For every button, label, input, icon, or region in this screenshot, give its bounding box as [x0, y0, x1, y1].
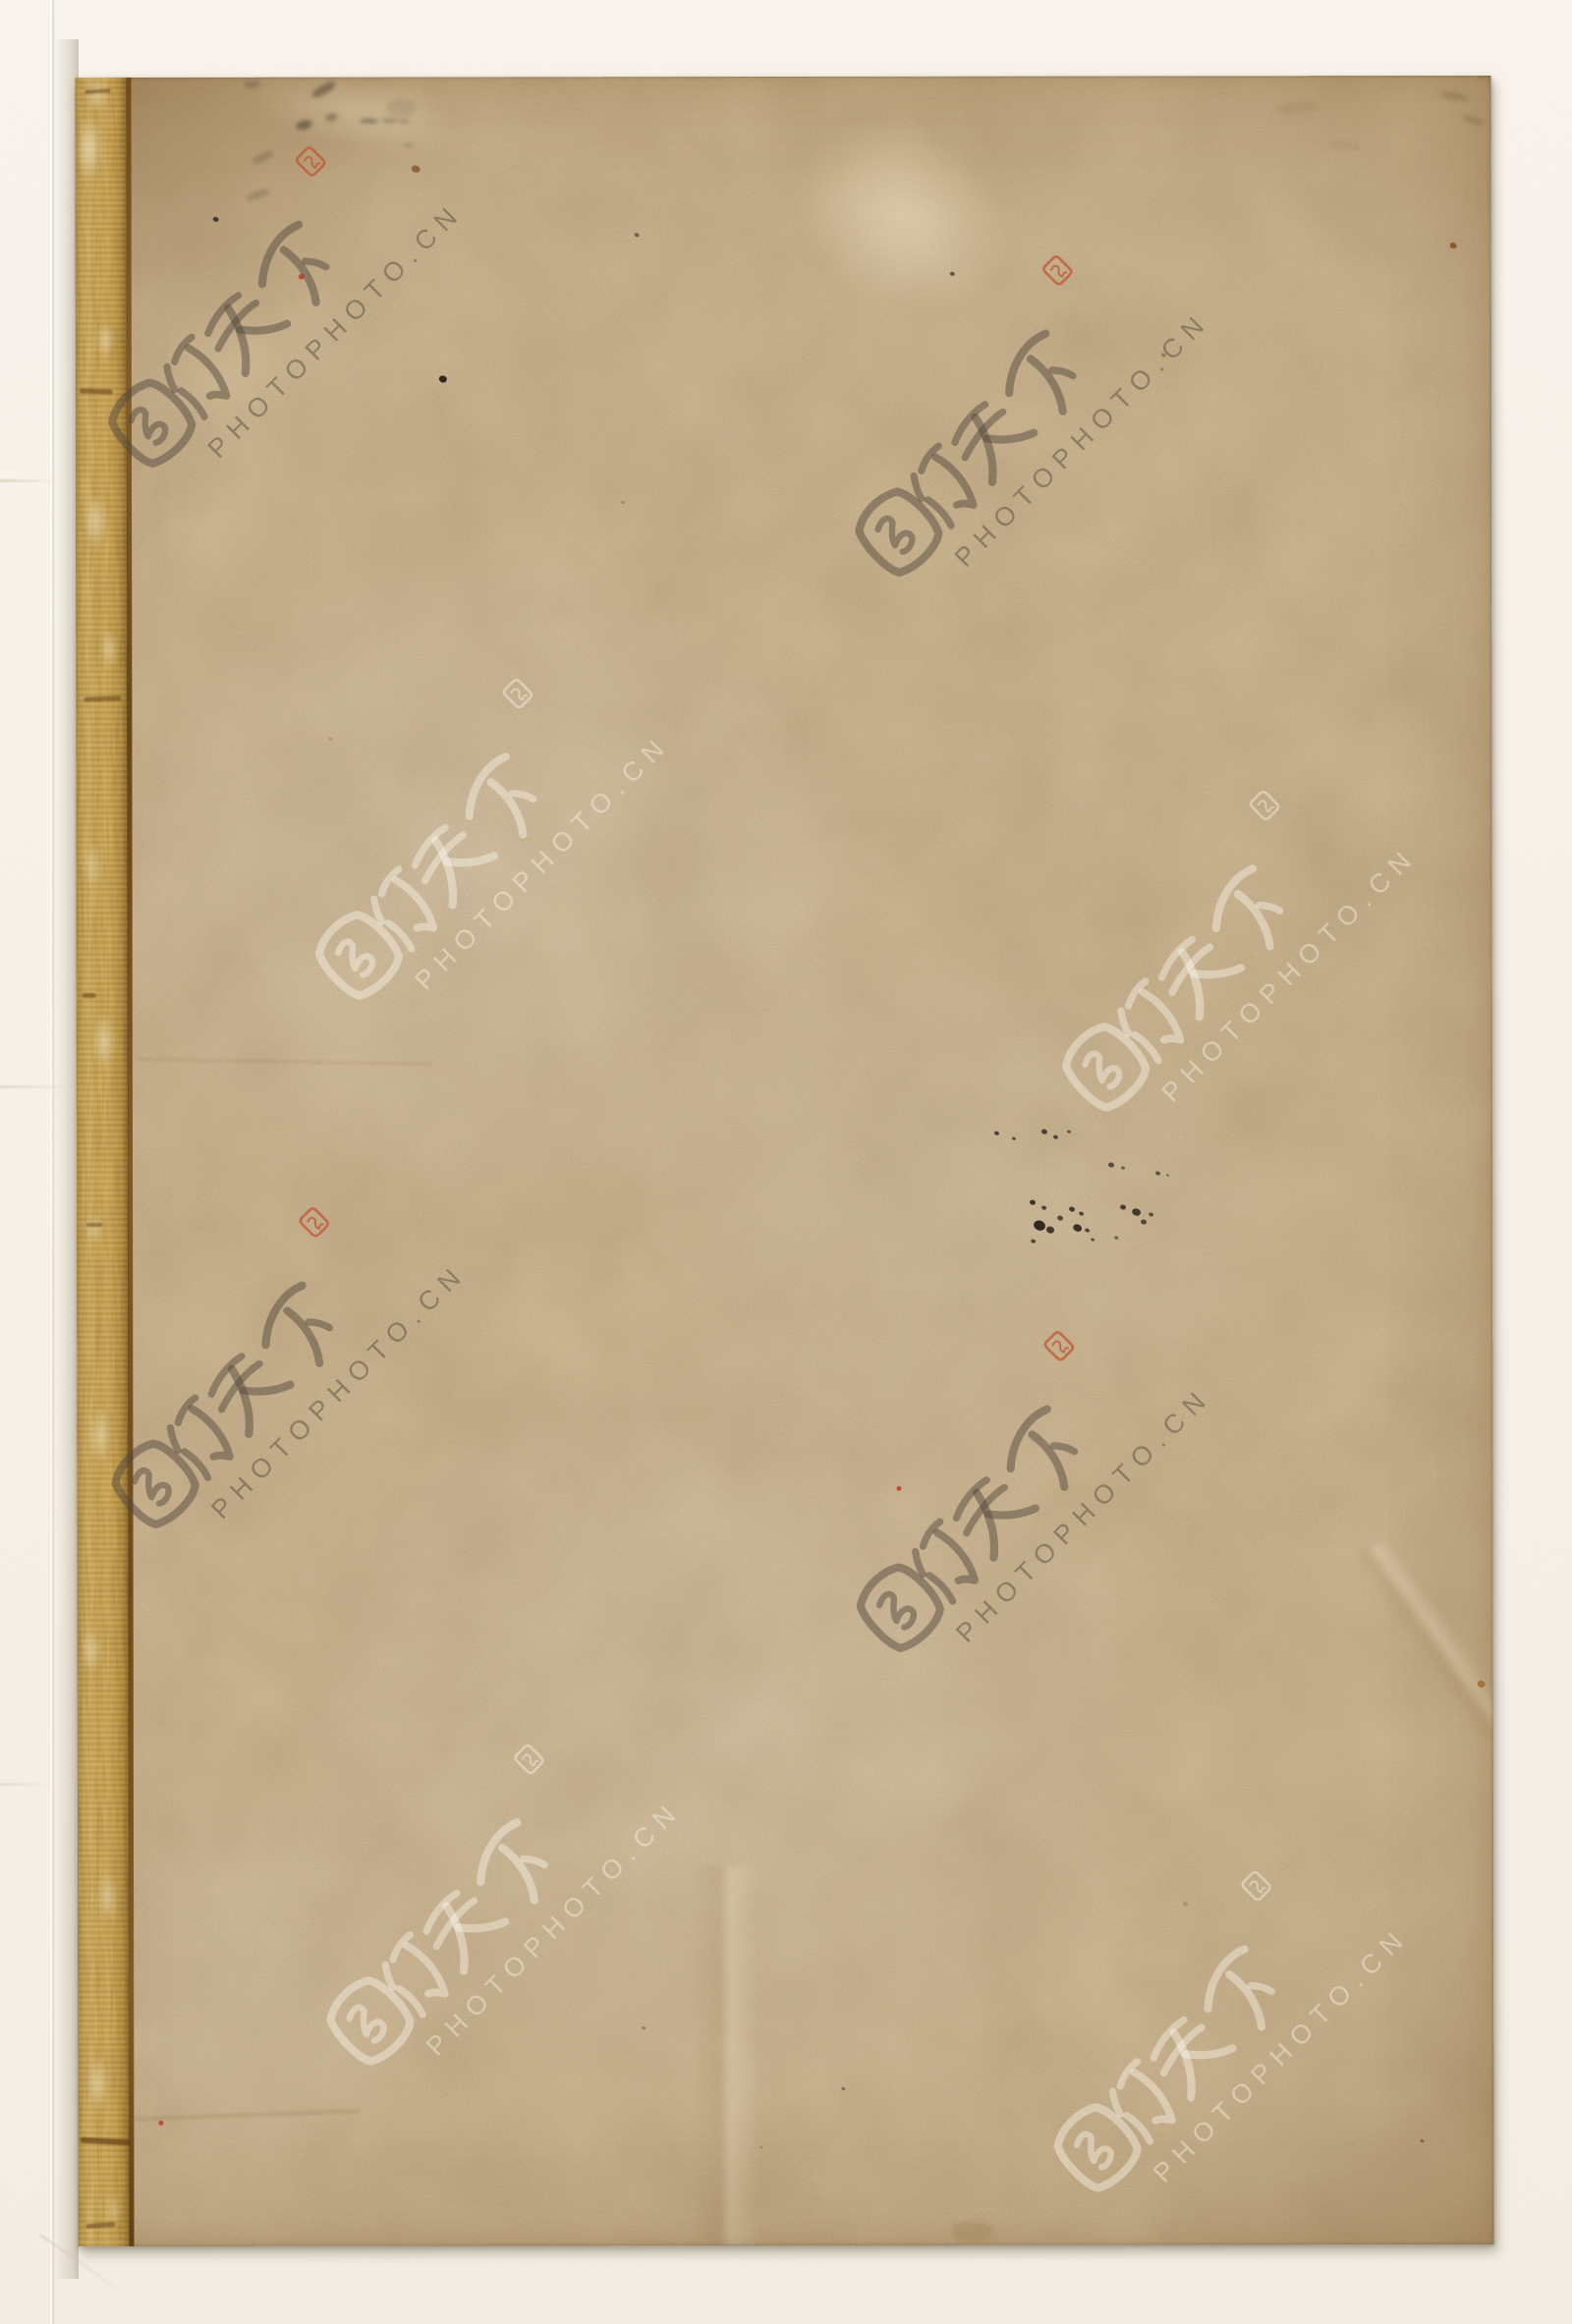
brand-seal-icon [293, 1201, 334, 1243]
brand-calligraphy-tuxingtianxia [297, 1798, 583, 2084]
site-watermark-content: PHOTOPHOTO.CN [826, 1301, 1217, 1693]
brand-calligraphy-tuxingtianxia [1024, 1924, 1310, 2211]
site-watermark-content: PHOTOPHOTO.CN [285, 649, 676, 1041]
watermark-url-text: PHOTOPHOTO.CN [409, 729, 676, 997]
backdrop-crease [0, 1783, 54, 1786]
watermark-url-text: PHOTOPHOTO.CN [950, 1381, 1217, 1649]
brand-seal-icon [508, 1739, 549, 1780]
site-watermark-content: PHOTOPHOTO.CN [79, 117, 470, 509]
brand-calligraphy-tuxingtianxia [285, 732, 571, 1019]
brand-calligraphy-tuxingtianxia [826, 1384, 1112, 1671]
site-watermark-content: PHOTOPHOTO.CN [825, 226, 1216, 618]
site-watermark-content: PHOTOPHOTO.CN [82, 1178, 473, 1570]
brand-calligraphy-tuxingtianxia [1033, 844, 1319, 1131]
stock-photo-preview-page: { "image": { "description": "Aged yellow… [0, 0, 1572, 2324]
brand-calligraphy-tuxingtianxia [825, 308, 1111, 595]
brand-seal-icon [1037, 249, 1078, 291]
watermark-url-text: PHOTOPHOTO.CN [202, 196, 470, 465]
brand-seal-icon [290, 140, 331, 182]
site-watermark-content: PHOTOPHOTO.CN [297, 1715, 688, 2107]
watermark-layer: PHOTOPHOTO.CN PHOT [75, 76, 1493, 2246]
site-watermark-content: PHOTOPHOTO.CN [1024, 1842, 1415, 2234]
backdrop-crease [0, 479, 59, 482]
backdrop-crease [0, 1085, 79, 1088]
site-watermark-content: PHOTOPHOTO.CN [1033, 761, 1424, 1153]
watermark-url-text: PHOTOPHOTO.CN [1156, 840, 1424, 1108]
old-paper-photo: PHOTOPHOTO.CN PHOT [75, 76, 1493, 2246]
brand-seal-icon [1235, 1865, 1276, 1907]
watermark-url-text: PHOTOPHOTO.CN [421, 1795, 688, 2063]
brand-seal-icon [496, 673, 537, 714]
brand-seal-icon [1038, 1325, 1079, 1366]
watermark-url-text: PHOTOPHOTO.CN [205, 1257, 473, 1525]
watermark-url-text: PHOTOPHOTO.CN [1148, 1921, 1415, 2189]
brand-seal-icon [1244, 785, 1285, 826]
watermark-url-text: PHOTOPHOTO.CN [949, 305, 1216, 574]
brand-calligraphy-tuxingtianxia [79, 199, 365, 486]
brand-calligraphy-tuxingtianxia [82, 1260, 367, 1547]
